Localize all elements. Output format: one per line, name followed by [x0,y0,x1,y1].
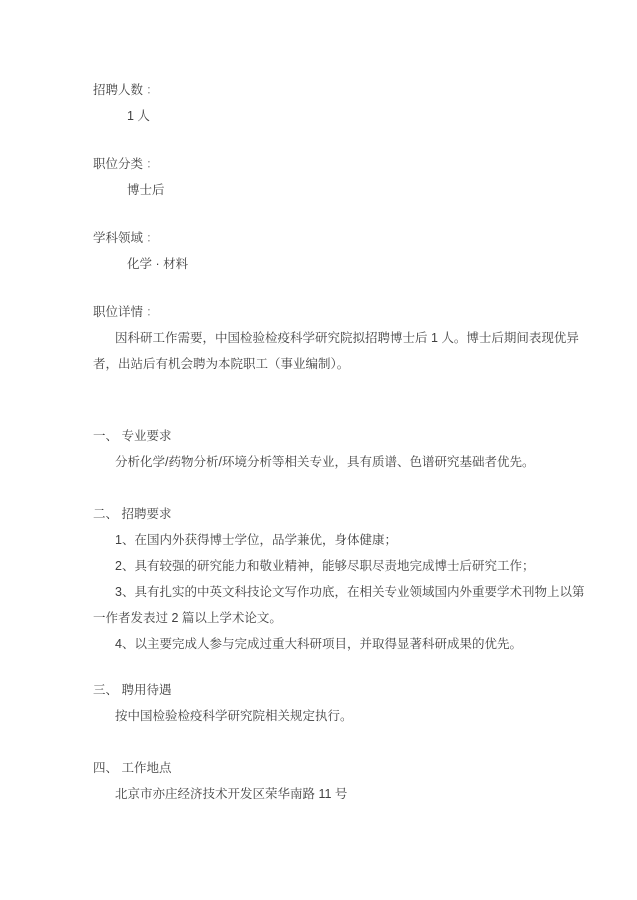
field-group-subject-area: 学科领域： 化学 · 材料 [93,225,563,277]
section-heading: 一、 专业要求 [93,423,563,449]
section-heading: 二、 招聘要求 [93,501,563,527]
details-paragraph-line: 因科研工作需要，中国检验检疫科学研究院拟招聘博士后 1 人。博士后期间表现优异 [93,325,563,351]
field-value: 1 人 [93,103,563,129]
label-colon: ： [143,231,159,245]
label-colon: ： [143,83,159,97]
field-label: 职位详情： [93,299,563,325]
section-work-location: 四、 工作地点 北京市亦庄经济技术开发区荣华南路 11 号 [93,755,563,807]
section-employment-benefits: 三、 聘用待遇 按中国检验检疫科学研究院相关规定执行。 [93,677,563,729]
field-label-text: 职位分类 [93,157,143,171]
field-value: 博士后 [93,177,563,203]
section-heading: 四、 工作地点 [93,755,563,781]
section-recruit-requirements: 二、 招聘要求 1、在国内外获得博士学位，品学兼优，身体健康； 2、具有较强的研… [93,501,563,657]
label-colon: ： [143,305,159,319]
section-major-requirements: 一、 专业要求 分析化学/药物分析/环境分析等相关专业，具有质谱、色谱研究基础者… [93,423,563,475]
field-group-position-category: 职位分类： 博士后 [93,151,563,203]
section-paragraph-line: 按中国检验检疫科学研究院相关规定执行。 [93,703,563,729]
field-label-text: 招聘人数 [93,83,143,97]
section-heading: 三、 聘用待遇 [93,677,563,703]
field-label: 学科领域： [93,225,563,251]
label-colon: ： [143,157,159,171]
section-paragraph-line: 分析化学/药物分析/环境分析等相关专业，具有质谱、色谱研究基础者优先。 [93,449,563,475]
details-paragraph-line: 者，出站后有机会聘为本院职工（事业编制）。 [93,351,563,377]
list-item: 4、以主要完成人参与完成过重大科研项目，并取得显著科研成果的优先。 [93,631,563,657]
list-item: 1、在国内外获得博士学位，品学兼优，身体健康； [93,527,563,553]
section-paragraph-line: 北京市亦庄经济技术开发区荣华南路 11 号 [93,781,563,807]
list-item: 3、具有扎实的中英文科技论文写作功底，在相关专业领域国内外重要学术刊物上以第 [93,579,563,605]
field-label-text: 职位详情 [93,305,143,319]
field-label-text: 学科领域 [93,231,143,245]
list-item-continuation: 一作者发表过 2 篇以上学术论文。 [93,605,563,631]
field-label: 招聘人数： [93,77,563,103]
field-value: 化学 · 材料 [93,251,563,277]
list-item: 2、具有较强的研究能力和敬业精神，能够尽职尽责地完成博士后研究工作； [93,553,563,579]
field-group-recruit-count: 招聘人数： 1 人 [93,77,563,129]
job-posting-document: 招聘人数： 1 人 职位分类： 博士后 学科领域： 化学 · 材料 职位详情： … [93,77,563,807]
field-label: 职位分类： [93,151,563,177]
field-group-position-details: 职位详情： 因科研工作需要，中国检验检疫科学研究院拟招聘博士后 1 人。博士后期… [93,299,563,377]
